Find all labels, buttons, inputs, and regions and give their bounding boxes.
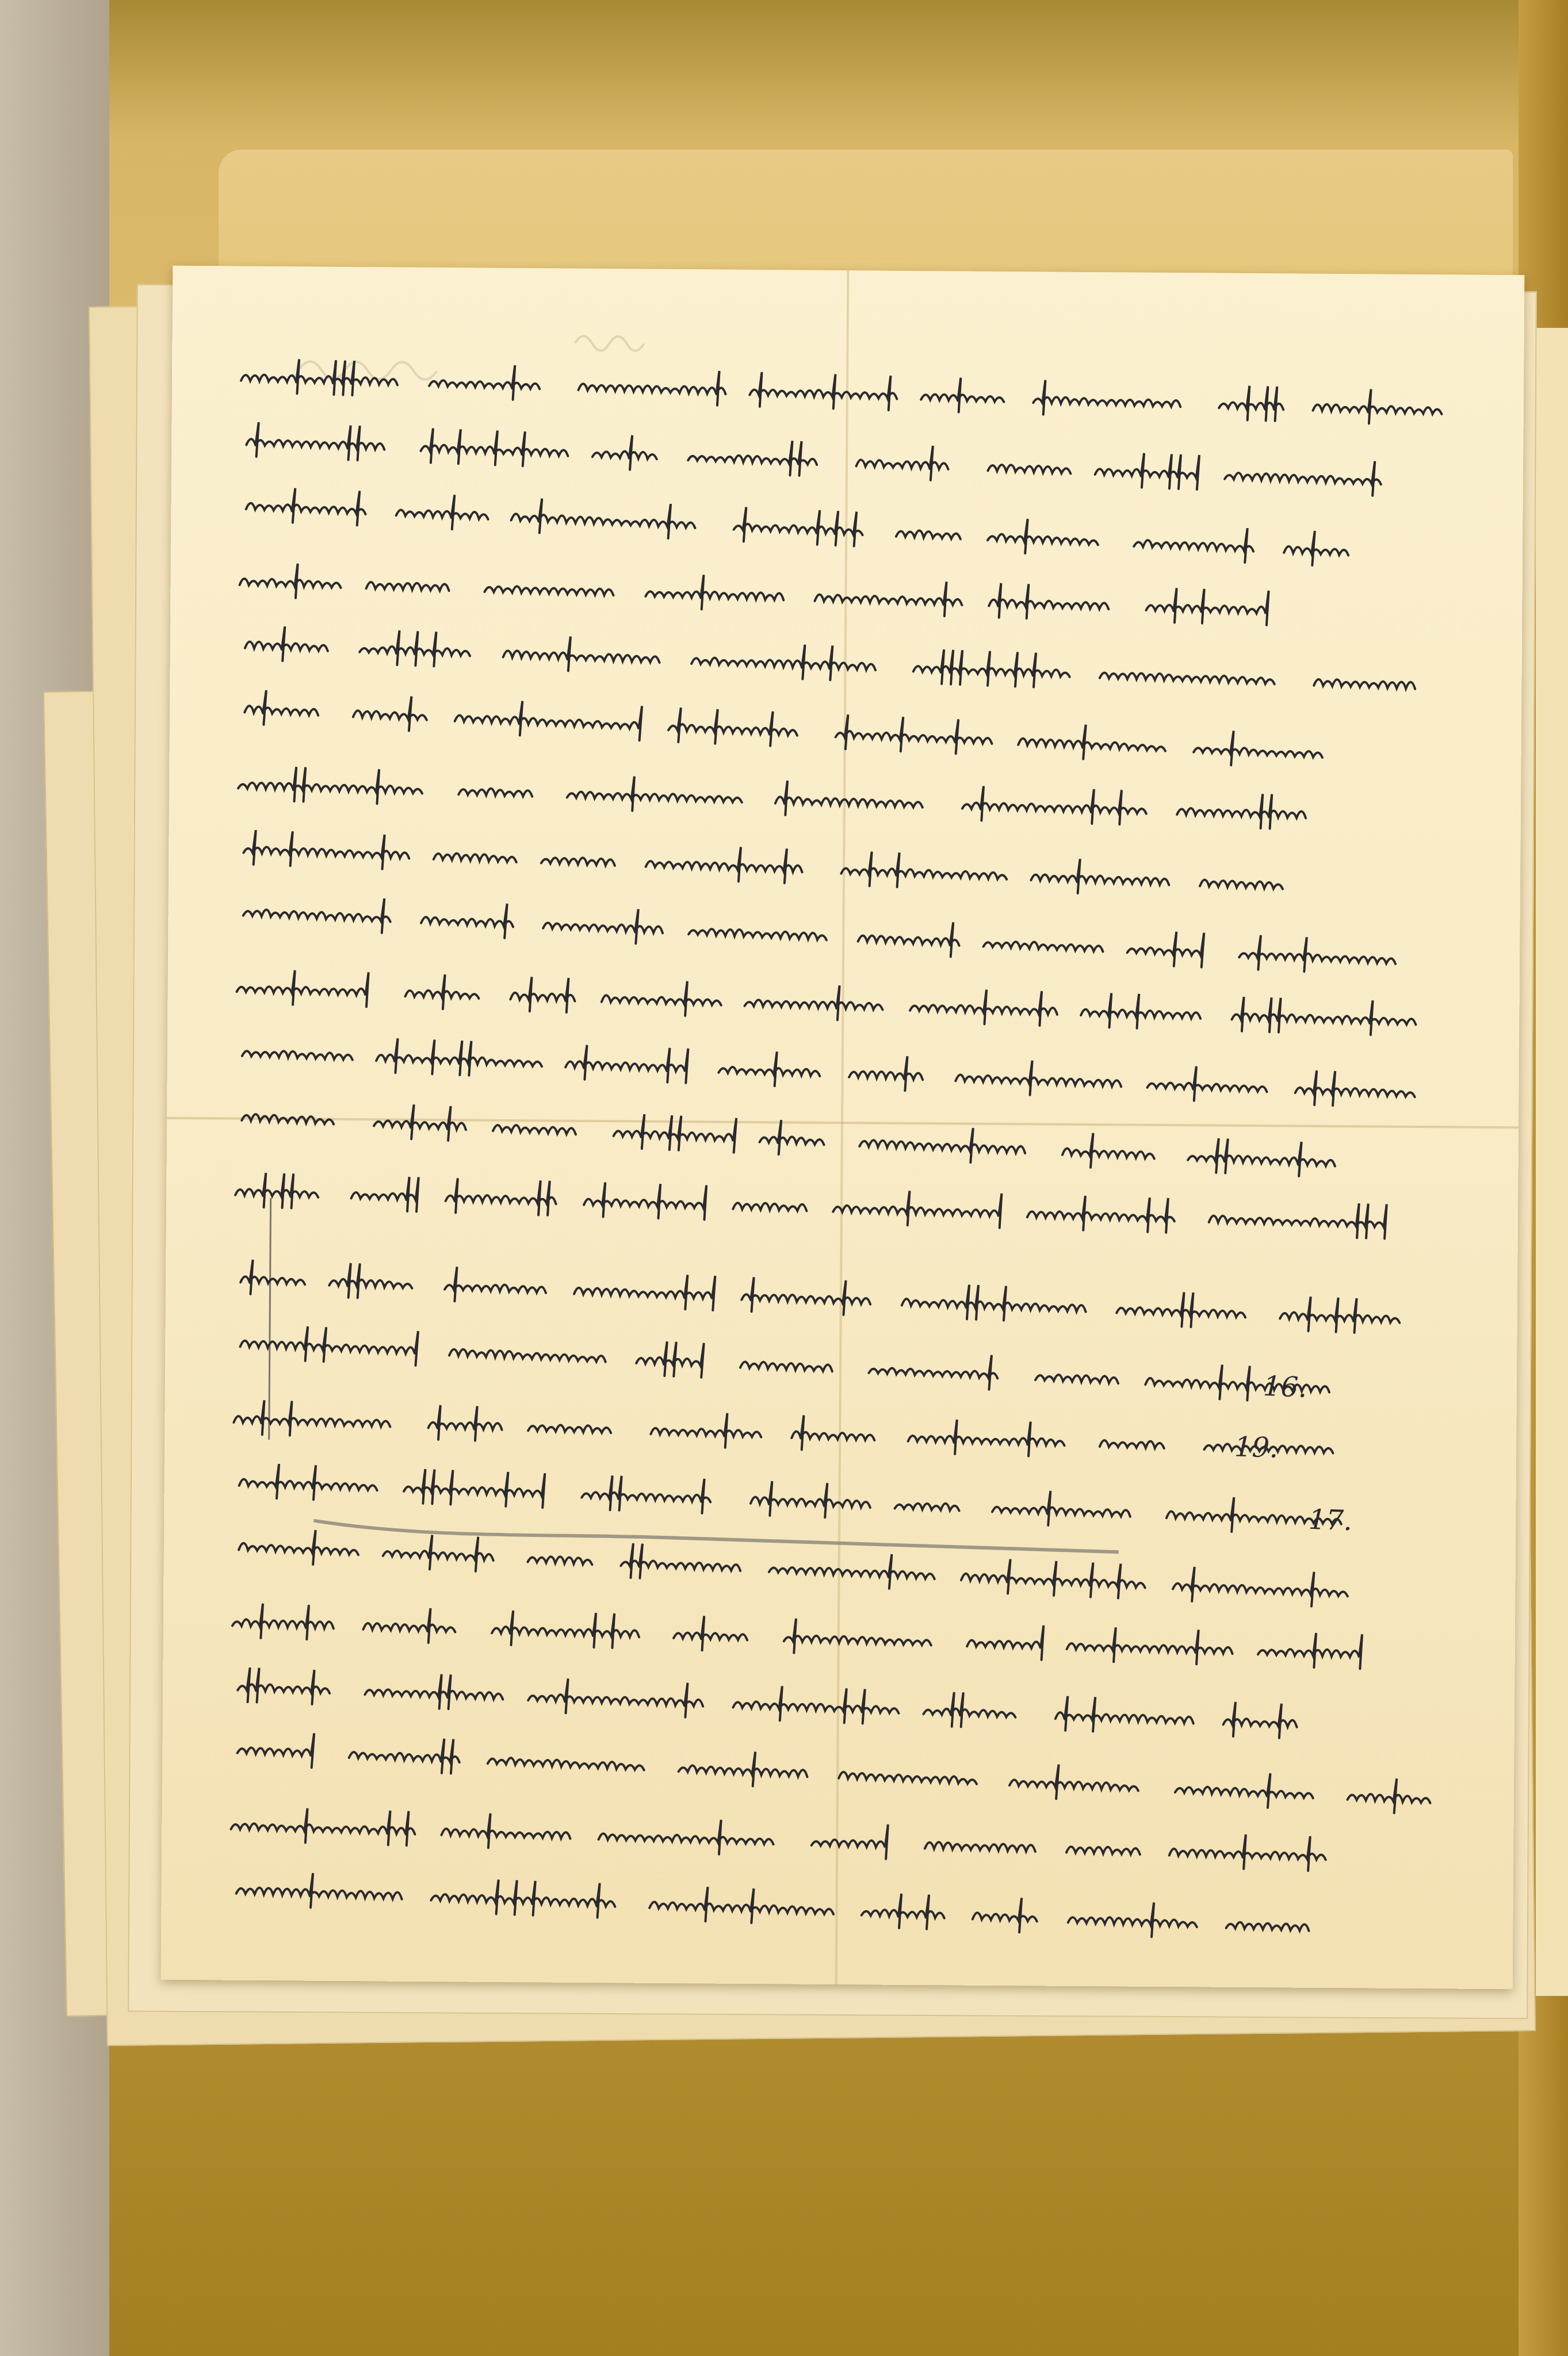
- legible-numeral: 19.: [1234, 1431, 1279, 1464]
- handwritten-line: [231, 1800, 1359, 1878]
- handwritten-line: [239, 556, 1322, 632]
- legible-numeral: 16.: [1263, 1370, 1308, 1404]
- legible-numeral: 17.: [1308, 1504, 1353, 1537]
- handwritten-line: [240, 352, 1391, 430]
- handwritten-line: [238, 760, 1343, 837]
- letter-page: 16.19.17.: [161, 266, 1525, 1989]
- handwritten-line: 19.: [234, 1394, 1316, 1470]
- handwritten-line: [232, 1597, 1337, 1674]
- pencil-underline: [313, 1515, 1119, 1555]
- handwritten-line: [236, 1865, 1341, 1949]
- adjacent-sheet: [1536, 328, 1568, 1996]
- handwritten-line: [236, 963, 1364, 1041]
